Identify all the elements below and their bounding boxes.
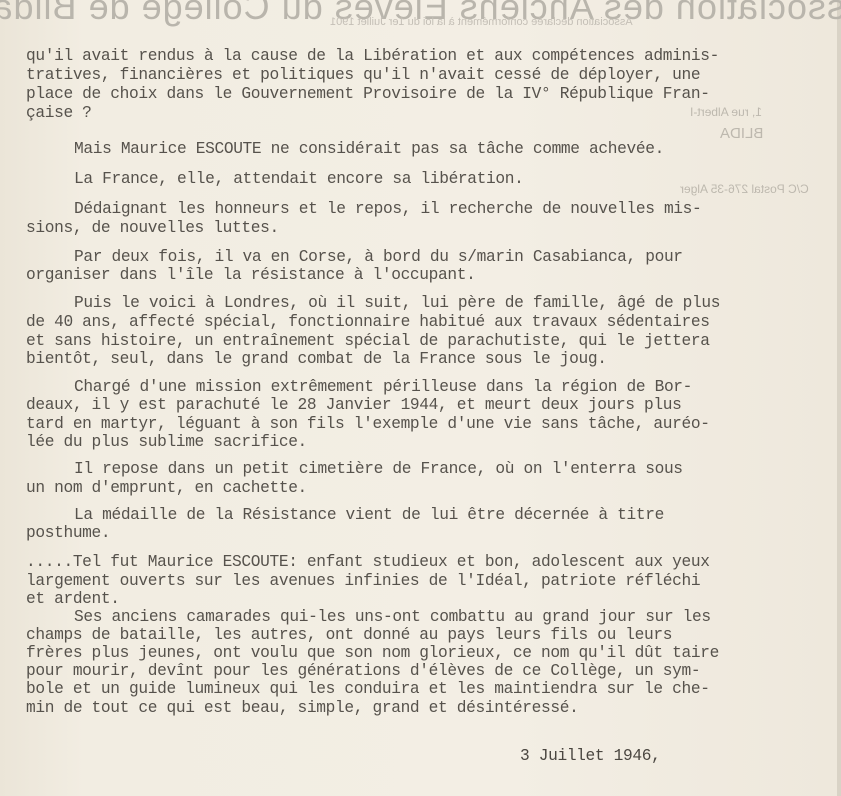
text-line: Ses anciens camarades qui-les uns-ont co…	[74, 608, 711, 627]
text-line: Chargé d'une mission extrêmement pérille…	[74, 378, 692, 397]
letterhead-bleedthrough-title: Association des Anciens Elèves du Collèg…	[250, 0, 841, 28]
text-line: Il repose dans un petit cimetière de Fra…	[74, 460, 683, 479]
page-edge	[837, 0, 841, 796]
text-line: tratives, financières et politiques qu'i…	[26, 66, 700, 85]
text-line: La France, elle, attendait encore sa lib…	[74, 170, 523, 189]
letterhead-bleedthrough-address-1: 1, rue Albert-I	[690, 105, 762, 119]
text-line: min de tout ce qui est beau, simple, gra…	[26, 699, 578, 718]
text-line: posthume.	[26, 524, 110, 543]
text-line: largement ouverts sur les avenues infini…	[26, 572, 700, 591]
text-line: tard en martyr, léguant à son fils l'exe…	[26, 415, 710, 434]
text-line: Puis le voici à Londres, où il suit, lui…	[74, 294, 720, 313]
text-line: Mais Maurice ESCOUTE ne considérait pas …	[74, 140, 664, 159]
text-line: et ardent.	[26, 590, 120, 609]
text-line: lée du plus sublime sacrifice.	[26, 433, 307, 452]
letterhead-bleedthrough-address-2: BLIDA	[720, 125, 763, 142]
text-line: de 40 ans, affecté spécial, fonctionnair…	[26, 313, 710, 332]
letter-date: 3 Juillet 1946,	[520, 747, 660, 765]
letterhead-bleedthrough-subtitle: Association déclarée conformément à la l…	[330, 16, 633, 28]
text-line: champs de bataille, les autres, ont donn…	[26, 626, 672, 645]
letterhead-bleedthrough-address-3: C/C Postal 276-35 Alger	[680, 182, 809, 196]
text-line: frères plus jeunes, ont voulu que son no…	[26, 644, 719, 663]
text-line: et sans histoire, un entraînement spécia…	[26, 332, 710, 351]
text-line: çaise ?	[26, 104, 92, 123]
text-line: deaux, il y est parachuté le 28 Janvier …	[26, 396, 682, 415]
text-line: .....Tel fut Maurice ESCOUTE: enfant stu…	[26, 553, 710, 572]
text-line: place de choix dans le Gouvernement Prov…	[26, 85, 710, 104]
text-line: bole et un guide lumineux qui les condui…	[26, 680, 710, 699]
text-line: organiser dans l'île la résistance à l'o…	[26, 266, 475, 285]
text-line: sions, de nouvelles luttes.	[26, 219, 279, 238]
text-line: qu'il avait rendus à la cause de la Libé…	[26, 47, 719, 66]
text-line: Dédaignant les honneurs et le repos, il …	[74, 200, 701, 219]
typewritten-page: Association des Anciens Elèves du Collèg…	[0, 0, 841, 796]
text-line: Par deux fois, il va en Corse, à bord du…	[74, 248, 683, 267]
text-line: La médaille de la Résistance vient de lu…	[74, 506, 664, 525]
text-line: pour mourir, devînt pour les générations…	[26, 662, 700, 681]
text-line: bientôt, seul, dans le grand combat de l…	[26, 350, 607, 369]
text-line: un nom d'emprunt, en cachette.	[26, 479, 307, 498]
